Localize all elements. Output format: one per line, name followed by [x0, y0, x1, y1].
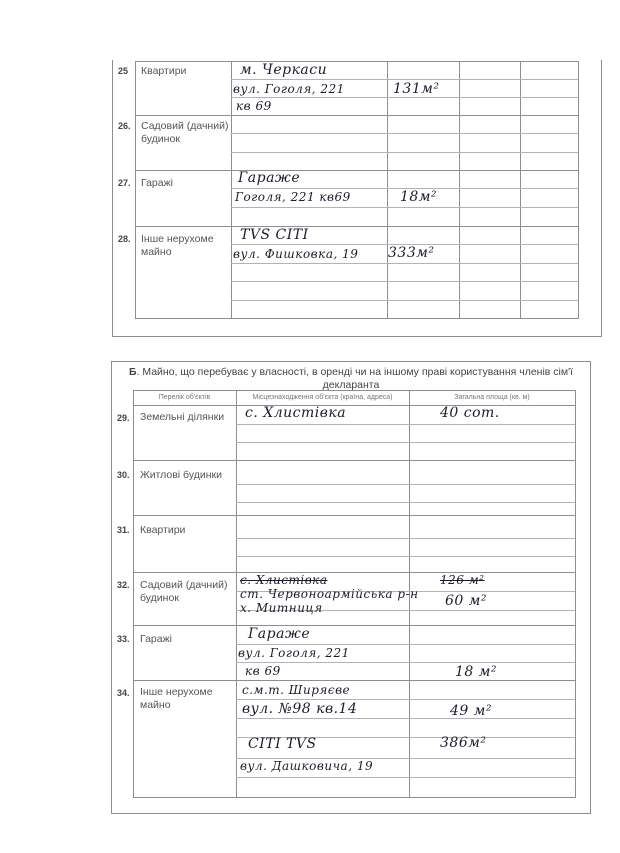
row-number: 29. [117, 413, 130, 423]
row-label: Гаражі [141, 177, 173, 190]
row-number: 33. [117, 634, 130, 644]
handwritten-location: Гараже [248, 626, 310, 642]
row-label: Інше нерухоме майно [140, 686, 232, 712]
row-label: Гаражі [140, 633, 172, 646]
handwritten-location-struck: с. Хлистівка [240, 573, 328, 587]
row-number: 31. [117, 525, 130, 535]
row-number: 28. [118, 234, 131, 244]
handwritten-location: м. Черкаси [240, 62, 327, 78]
handwritten-location: ст. Червоноармійська р-н [240, 587, 419, 601]
handwritten-location: кв 69 [236, 99, 272, 113]
handwritten-area: 40 сот. [440, 405, 500, 421]
row-number: 30. [117, 470, 130, 480]
row-number: 34. [117, 688, 130, 698]
handwritten-location: Гараже [238, 170, 300, 186]
row-label: Садовий (дачний) будинок [140, 579, 232, 605]
row-label: Інше нерухоме майно [141, 233, 229, 259]
row-label: Садовий (дачний) будинок [141, 120, 229, 146]
handwritten-location: с. Хлистівка [245, 405, 346, 421]
handwritten-area: 18 м² [455, 664, 497, 680]
handwritten-location: Гоголя, 221 кв69 [235, 190, 351, 204]
row-number: 27. [118, 178, 131, 188]
row-label: Квартири [141, 65, 186, 78]
handwritten-location: вул. Дашковича, 19 [240, 759, 373, 773]
row-number: 26. [118, 121, 131, 131]
section-letter: Б [129, 366, 137, 378]
handwritten-location: вул. Гоголя, 221 [233, 82, 345, 96]
row-number: 32. [117, 580, 130, 590]
handwritten-area: 49 м² [450, 703, 492, 719]
section-title-text: . Майно, що перебуває у власності, в оре… [137, 366, 574, 378]
handwritten-location: CITI TVS [248, 736, 317, 752]
handwritten-area: 60 м² [445, 593, 487, 609]
handwritten-location: х. Митниця [240, 601, 323, 615]
row-label: Земельні ділянки [140, 411, 224, 424]
header-area: Загальна площа (кв. м) [409, 394, 575, 401]
handwritten-location: с.м.т. Ширяєве [242, 683, 350, 697]
row-label: Житлові будинки [140, 469, 222, 482]
handwritten-location: вул. №98 кв.14 [242, 701, 357, 717]
handwritten-area: 333м² [388, 245, 434, 261]
handwritten-location: вул. Фишковка, 19 [233, 247, 358, 261]
handwritten-area: 131м² [393, 81, 439, 97]
handwritten-location: TVS CITI [240, 227, 309, 243]
handwritten-area: 18м² [400, 189, 437, 205]
row-number: 25 [118, 66, 128, 76]
header-objects: Перелік об'єктів [133, 394, 236, 401]
handwritten-area: 386м² [440, 735, 486, 751]
handwritten-location: кв 69 [245, 664, 281, 678]
row-label: Квартири [140, 524, 185, 537]
handwritten-area-struck: 126 м² [440, 573, 484, 587]
handwritten-location: вул. Гоголя, 221 [238, 646, 350, 660]
header-location: Місцезнаходження об'єкта (країна, адреса… [236, 394, 409, 401]
